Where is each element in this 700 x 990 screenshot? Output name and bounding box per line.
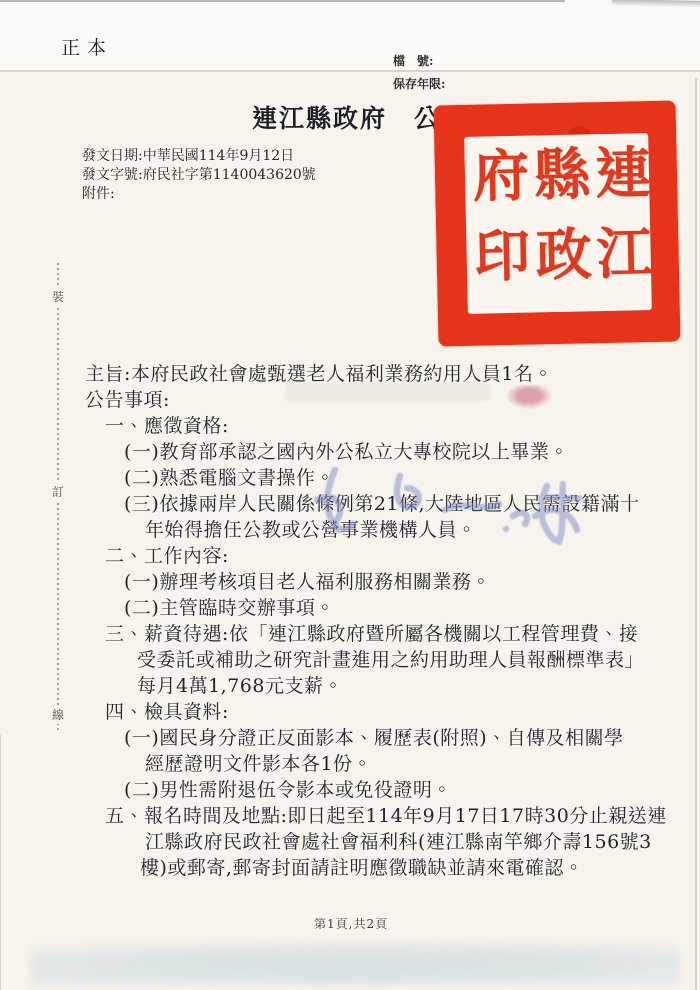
body-line: 五、報名時間及地點:即日起至114年9月17日17時30分止親送連 [105,801,667,828]
ink-stroke [559,484,563,542]
body-line: 江縣政府民政社會處社會福利科(連江縣南竿鄉介壽156號3 [145,827,652,854]
body-line: 經歷證明文件影本各1份。 [145,749,372,776]
ink-stroke [445,504,499,510]
body-line: 每月4萬1,768元支薪。 [137,671,343,698]
body-line: (一)國民身分證正反面影本、履歷表(附照)、自傳及相關學 [124,723,624,750]
body-line: 受委託或補助之研究計畫進用之約用助理人員報酬標準表」 [137,645,644,672]
ink-stroke [397,476,419,507]
handwritten-ink-overlay [295,458,595,558]
ink-dot [503,526,509,532]
body-line: 三、薪資待遇:依「連江縣政府暨所屬各機關以工程管理費、接 [105,619,638,646]
scan-edge-right [695,78,697,990]
scanned-announcement-page: 正本 檔 號: 保存年限: 連江縣政府 公告 發文日期:中華民國114年9月12… [0,0,700,990]
page-number: 第1頁,共2頁 [314,915,388,932]
scan-edge-left [0,735,1,990]
body-line: 二、工作內容: [105,541,229,568]
body-line: 四、檢具資料: [105,697,229,724]
ink-stroke [317,497,353,529]
body-line: (一)辦理考核項目老人福利服務相關業務。 [124,567,491,594]
body-line: 一、應徵資格: [105,411,229,438]
body-line: (二)主管臨時交辦事項。 [124,593,335,620]
body-line: 樓)或郵寄,郵寄封面請註明應徵職缺並請來電確認。 [140,853,583,880]
bottom-bleed-through [30,942,680,986]
scan-edge-top [0,0,565,2]
ink-stroke [541,497,579,498]
ink-stroke [513,513,527,524]
body-line: 公告事項: [85,385,170,412]
body-line: 主旨:本府民政社會處甄選老人福利業務約用人員1名。 [85,359,553,386]
body-line: (二)男性需附退伍令影本或免役證明。 [124,775,452,802]
